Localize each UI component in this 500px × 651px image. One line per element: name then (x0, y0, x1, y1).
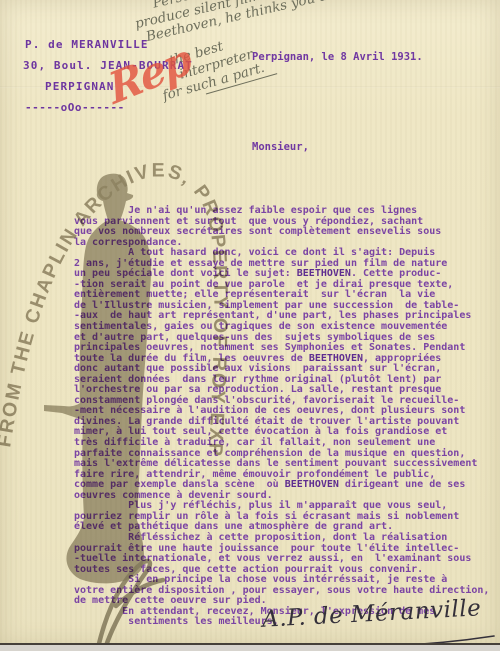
salutation: Monsieur, (252, 141, 309, 153)
letter-body: Je n'ai qu'un assez faible espoir que ce… (74, 206, 498, 628)
scanned-letter-page: P. de MERANVILLE 30, Boul. JEAN-BOURRAT … (0, 0, 500, 651)
scan-background-strip (0, 645, 500, 651)
date-line: Perpignan, le 8 Avril 1931. (252, 51, 423, 63)
sender-name: P. de MERANVILLE (25, 38, 149, 51)
sender-city: PERPIGNAN (45, 80, 115, 93)
letterhead-divider: -----oOo------ (25, 101, 125, 114)
